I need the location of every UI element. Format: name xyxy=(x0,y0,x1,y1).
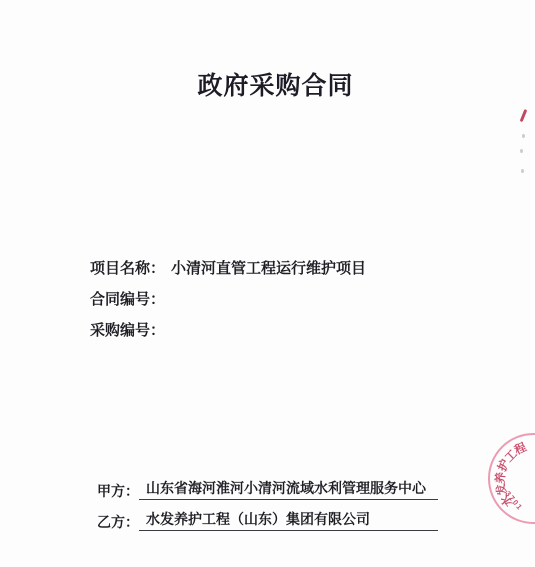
party-b-row: 乙方：水发养护工程（山东）集团有限公司 xyxy=(97,511,438,531)
procurement-number-label: 采购编号： xyxy=(90,322,165,339)
project-name-value: 小清河直管工程运行维护项目 xyxy=(171,260,366,277)
scan-speck xyxy=(520,149,523,153)
field-contract-number: 合同编号： xyxy=(90,292,366,307)
field-project-name: 项目名称：小清河直管工程运行维护项目 xyxy=(90,261,366,276)
red-round-seal-icon: 水 发 养 护 工 程 3701 xyxy=(488,433,535,524)
document-title: 政府采购合同 xyxy=(16,66,535,102)
contract-number-label: 合同编号： xyxy=(90,291,165,308)
contract-fields-block: 项目名称：小清河直管工程运行维护项目 合同编号： 采购编号： xyxy=(90,261,366,354)
red-ink-mark-icon xyxy=(520,109,527,122)
party-a-row: 甲方：山东省海河淮河小清河流域水利管理服务中心 xyxy=(97,480,438,500)
contract-parties-block: 甲方：山东省海河淮河小清河流域水利管理服务中心 乙方：水发养护工程（山东）集团有… xyxy=(97,480,438,542)
party-b-value: 水发养护工程（山东）集团有限公司 xyxy=(139,511,438,531)
project-name-label: 项目名称： xyxy=(90,260,165,277)
party-b-label: 乙方： xyxy=(97,514,139,531)
party-a-label: 甲方： xyxy=(97,483,139,500)
scan-speck xyxy=(522,134,525,138)
party-a-value: 山东省海河淮河小清河流域水利管理服务中心 xyxy=(139,480,438,500)
scan-speck xyxy=(521,169,524,173)
contract-document-page: 政府采购合同 项目名称：小清河直管工程运行维护项目 合同编号： 采购编号： 甲方… xyxy=(0,0,535,567)
field-procurement-number: 采购编号： xyxy=(90,323,366,338)
